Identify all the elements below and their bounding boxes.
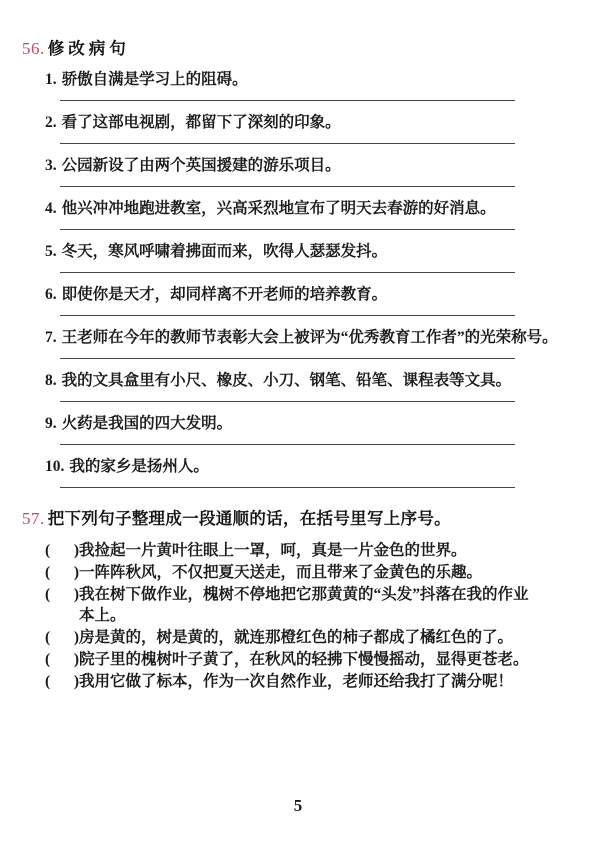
sentence-item: 7.王老师在今年的教师节表彰大会上被评为“优秀教育工作者”的光荣称号。 bbox=[45, 328, 596, 359]
section-57-title: 把下列句子整理成一段通顺的话，在括号里写上序号。 bbox=[48, 508, 451, 530]
sentence-item: 1.骄傲自满是学习上的阻碍。 bbox=[45, 70, 596, 101]
sentence-item: 4.他兴冲冲地跑进教室，兴高采烈地宣布了明天去春游的好消息。 bbox=[45, 199, 596, 230]
sentence-text: 10.我的家乡是扬州人。 bbox=[45, 457, 596, 477]
ordering-item-text: 房是黄的，树是黄的，就连那橙红色的柿子都成了橘红色的了。 bbox=[79, 627, 537, 648]
answer-blank-line bbox=[60, 186, 515, 187]
sentence-body: 骄傲自满是学习上的阻碍。 bbox=[62, 71, 248, 88]
question-number-57: 57. bbox=[22, 508, 45, 530]
answer-bracket: ( ) bbox=[45, 562, 79, 583]
answer-blank-line bbox=[60, 229, 515, 230]
ordering-item-text: 一阵阵秋风，不仅把夏天送走，而且带来了金黄色的乐趣。 bbox=[79, 562, 537, 583]
sentence-body: 冬天，寒风呼啸着拂面而来，吹得人瑟瑟发抖。 bbox=[62, 243, 388, 260]
sentence-text: 1.骄傲自满是学习上的阻碍。 bbox=[45, 70, 596, 90]
question-number-56: 56. bbox=[22, 38, 45, 60]
answer-blank-line bbox=[60, 315, 515, 316]
section-57-items: ( ) 我捡起一片黄叶往眼上一罩，呵，真是一片金色的世界。 ( ) 一阵阵秋风，… bbox=[0, 540, 596, 692]
ordering-item-text: 我在树下做作业，槐树不停地把它那黄黄的“头发”抖落在我的作业本上。 bbox=[79, 584, 537, 626]
sentence-text: 2.看了这部电视剧，都留下了深刻的印象。 bbox=[45, 113, 596, 133]
sentence-text: 5.冬天，寒风呼啸着拂面而来，吹得人瑟瑟发抖。 bbox=[45, 242, 596, 262]
worksheet-page: 56. 修改病句 1.骄傲自满是学习上的阻碍。 2.看了这部电视剧，都留下了深刻… bbox=[0, 0, 596, 842]
sentence-body: 公园新设了由两个英国援建的游乐项目。 bbox=[62, 157, 341, 174]
page-number: 5 bbox=[0, 796, 596, 816]
bracket-open: ( bbox=[45, 649, 50, 670]
ordering-item-text: 院子里的槐树叶子黄了，在秋风的轻拂下慢慢摇动，显得更苍老。 bbox=[79, 649, 537, 670]
section-56-title: 修改病句 bbox=[48, 38, 130, 60]
ordering-item: ( ) 我捡起一片黄叶往眼上一罩，呵，真是一片金色的世界。 bbox=[45, 540, 596, 561]
ordering-item: ( ) 院子里的槐树叶子黄了，在秋风的轻拂下慢慢摇动，显得更苍老。 bbox=[45, 649, 596, 670]
answer-blank-line bbox=[60, 100, 515, 101]
bracket-open: ( bbox=[45, 584, 50, 626]
answer-bracket: ( ) bbox=[45, 627, 79, 648]
section-57-header: 57. 把下列句子整理成一段通顺的话，在括号里写上序号。 bbox=[22, 508, 596, 530]
bracket-open: ( bbox=[45, 671, 50, 692]
sentence-item: 10.我的家乡是扬州人。 bbox=[45, 457, 596, 488]
sentence-body: 火药是我国的四大发明。 bbox=[62, 415, 233, 432]
sentence-number: 4. bbox=[45, 200, 57, 217]
sentence-text: 7.王老师在今年的教师节表彰大会上被评为“优秀教育工作者”的光荣称号。 bbox=[45, 328, 596, 348]
sentence-body: 王老师在今年的教师节表彰大会上被评为“优秀教育工作者”的光荣称号。 bbox=[62, 329, 558, 346]
sentence-body: 我的文具盒里有小尺、橡皮、小刀、钢笔、铅笔、课程表等文具。 bbox=[62, 372, 512, 389]
sentence-number: 10. bbox=[45, 458, 64, 475]
answer-blank-line bbox=[60, 487, 515, 488]
ordering-item: ( ) 我用它做了标本，作为一次自然作业，老师还给我打了满分呢！ bbox=[45, 671, 596, 692]
sentence-number: 7. bbox=[45, 329, 57, 346]
answer-blank-line bbox=[60, 143, 515, 144]
section-56-items: 1.骄傲自满是学习上的阻碍。 2.看了这部电视剧，都留下了深刻的印象。 3.公园… bbox=[0, 70, 596, 488]
bracket-open: ( bbox=[45, 562, 50, 583]
answer-bracket: ( ) bbox=[45, 584, 79, 626]
sentence-body: 即使你是天才，却同样离不开老师的培养教育。 bbox=[62, 286, 388, 303]
sentence-item: 9.火药是我国的四大发明。 bbox=[45, 414, 596, 445]
ordering-item: ( ) 我在树下做作业，槐树不停地把它那黄黄的“头发”抖落在我的作业本上。 bbox=[45, 584, 596, 626]
sentence-item: 2.看了这部电视剧，都留下了深刻的印象。 bbox=[45, 113, 596, 144]
ordering-item-text: 我捡起一片黄叶往眼上一罩，呵，真是一片金色的世界。 bbox=[79, 540, 537, 561]
answer-blank-line bbox=[60, 358, 515, 359]
sentence-number: 9. bbox=[45, 415, 57, 432]
answer-bracket: ( ) bbox=[45, 540, 79, 561]
sentence-text: 9.火药是我国的四大发明。 bbox=[45, 414, 596, 434]
answer-bracket: ( ) bbox=[45, 671, 79, 692]
ordering-item-text: 我用它做了标本，作为一次自然作业，老师还给我打了满分呢！ bbox=[79, 671, 537, 692]
ordering-item: ( ) 房是黄的，树是黄的，就连那橙红色的柿子都成了橘红色的了。 bbox=[45, 627, 596, 648]
sentence-item: 6.即使你是天才，却同样离不开老师的培养教育。 bbox=[45, 285, 596, 316]
sentence-text: 8.我的文具盒里有小尺、橡皮、小刀、钢笔、铅笔、课程表等文具。 bbox=[45, 371, 596, 391]
section-57: 57. 把下列句子整理成一段通顺的话，在括号里写上序号。 ( ) 我捡起一片黄叶… bbox=[0, 508, 596, 692]
sentence-body: 我的家乡是扬州人。 bbox=[69, 458, 209, 475]
answer-blank-line bbox=[60, 401, 515, 402]
sentence-item: 8.我的文具盒里有小尺、橡皮、小刀、钢笔、铅笔、课程表等文具。 bbox=[45, 371, 596, 402]
sentence-body: 看了这部电视剧，都留下了深刻的印象。 bbox=[62, 114, 341, 131]
sentence-text: 3.公园新设了由两个英国援建的游乐项目。 bbox=[45, 156, 596, 176]
answer-bracket: ( ) bbox=[45, 649, 79, 670]
sentence-body: 他兴冲冲地跑进教室，兴高采烈地宣布了明天去春游的好消息。 bbox=[62, 200, 496, 217]
sentence-number: 6. bbox=[45, 286, 57, 303]
sentence-number: 8. bbox=[45, 372, 57, 389]
sentence-number: 3. bbox=[45, 157, 57, 174]
sentence-number: 1. bbox=[45, 71, 57, 88]
sentence-text: 4.他兴冲冲地跑进教室，兴高采烈地宣布了明天去春游的好消息。 bbox=[45, 199, 596, 219]
sentence-number: 5. bbox=[45, 243, 57, 260]
bracket-open: ( bbox=[45, 540, 50, 561]
bracket-open: ( bbox=[45, 627, 50, 648]
answer-blank-line bbox=[60, 444, 515, 445]
section-56: 56. 修改病句 1.骄傲自满是学习上的阻碍。 2.看了这部电视剧，都留下了深刻… bbox=[0, 38, 596, 488]
sentence-item: 3.公园新设了由两个英国援建的游乐项目。 bbox=[45, 156, 596, 187]
sentence-item: 5.冬天，寒风呼啸着拂面而来，吹得人瑟瑟发抖。 bbox=[45, 242, 596, 273]
answer-blank-line bbox=[60, 272, 515, 273]
ordering-item: ( ) 一阵阵秋风，不仅把夏天送走，而且带来了金黄色的乐趣。 bbox=[45, 562, 596, 583]
sentence-number: 2. bbox=[45, 114, 57, 131]
sentence-text: 6.即使你是天才，却同样离不开老师的培养教育。 bbox=[45, 285, 596, 305]
section-56-header: 56. 修改病句 bbox=[22, 38, 596, 60]
